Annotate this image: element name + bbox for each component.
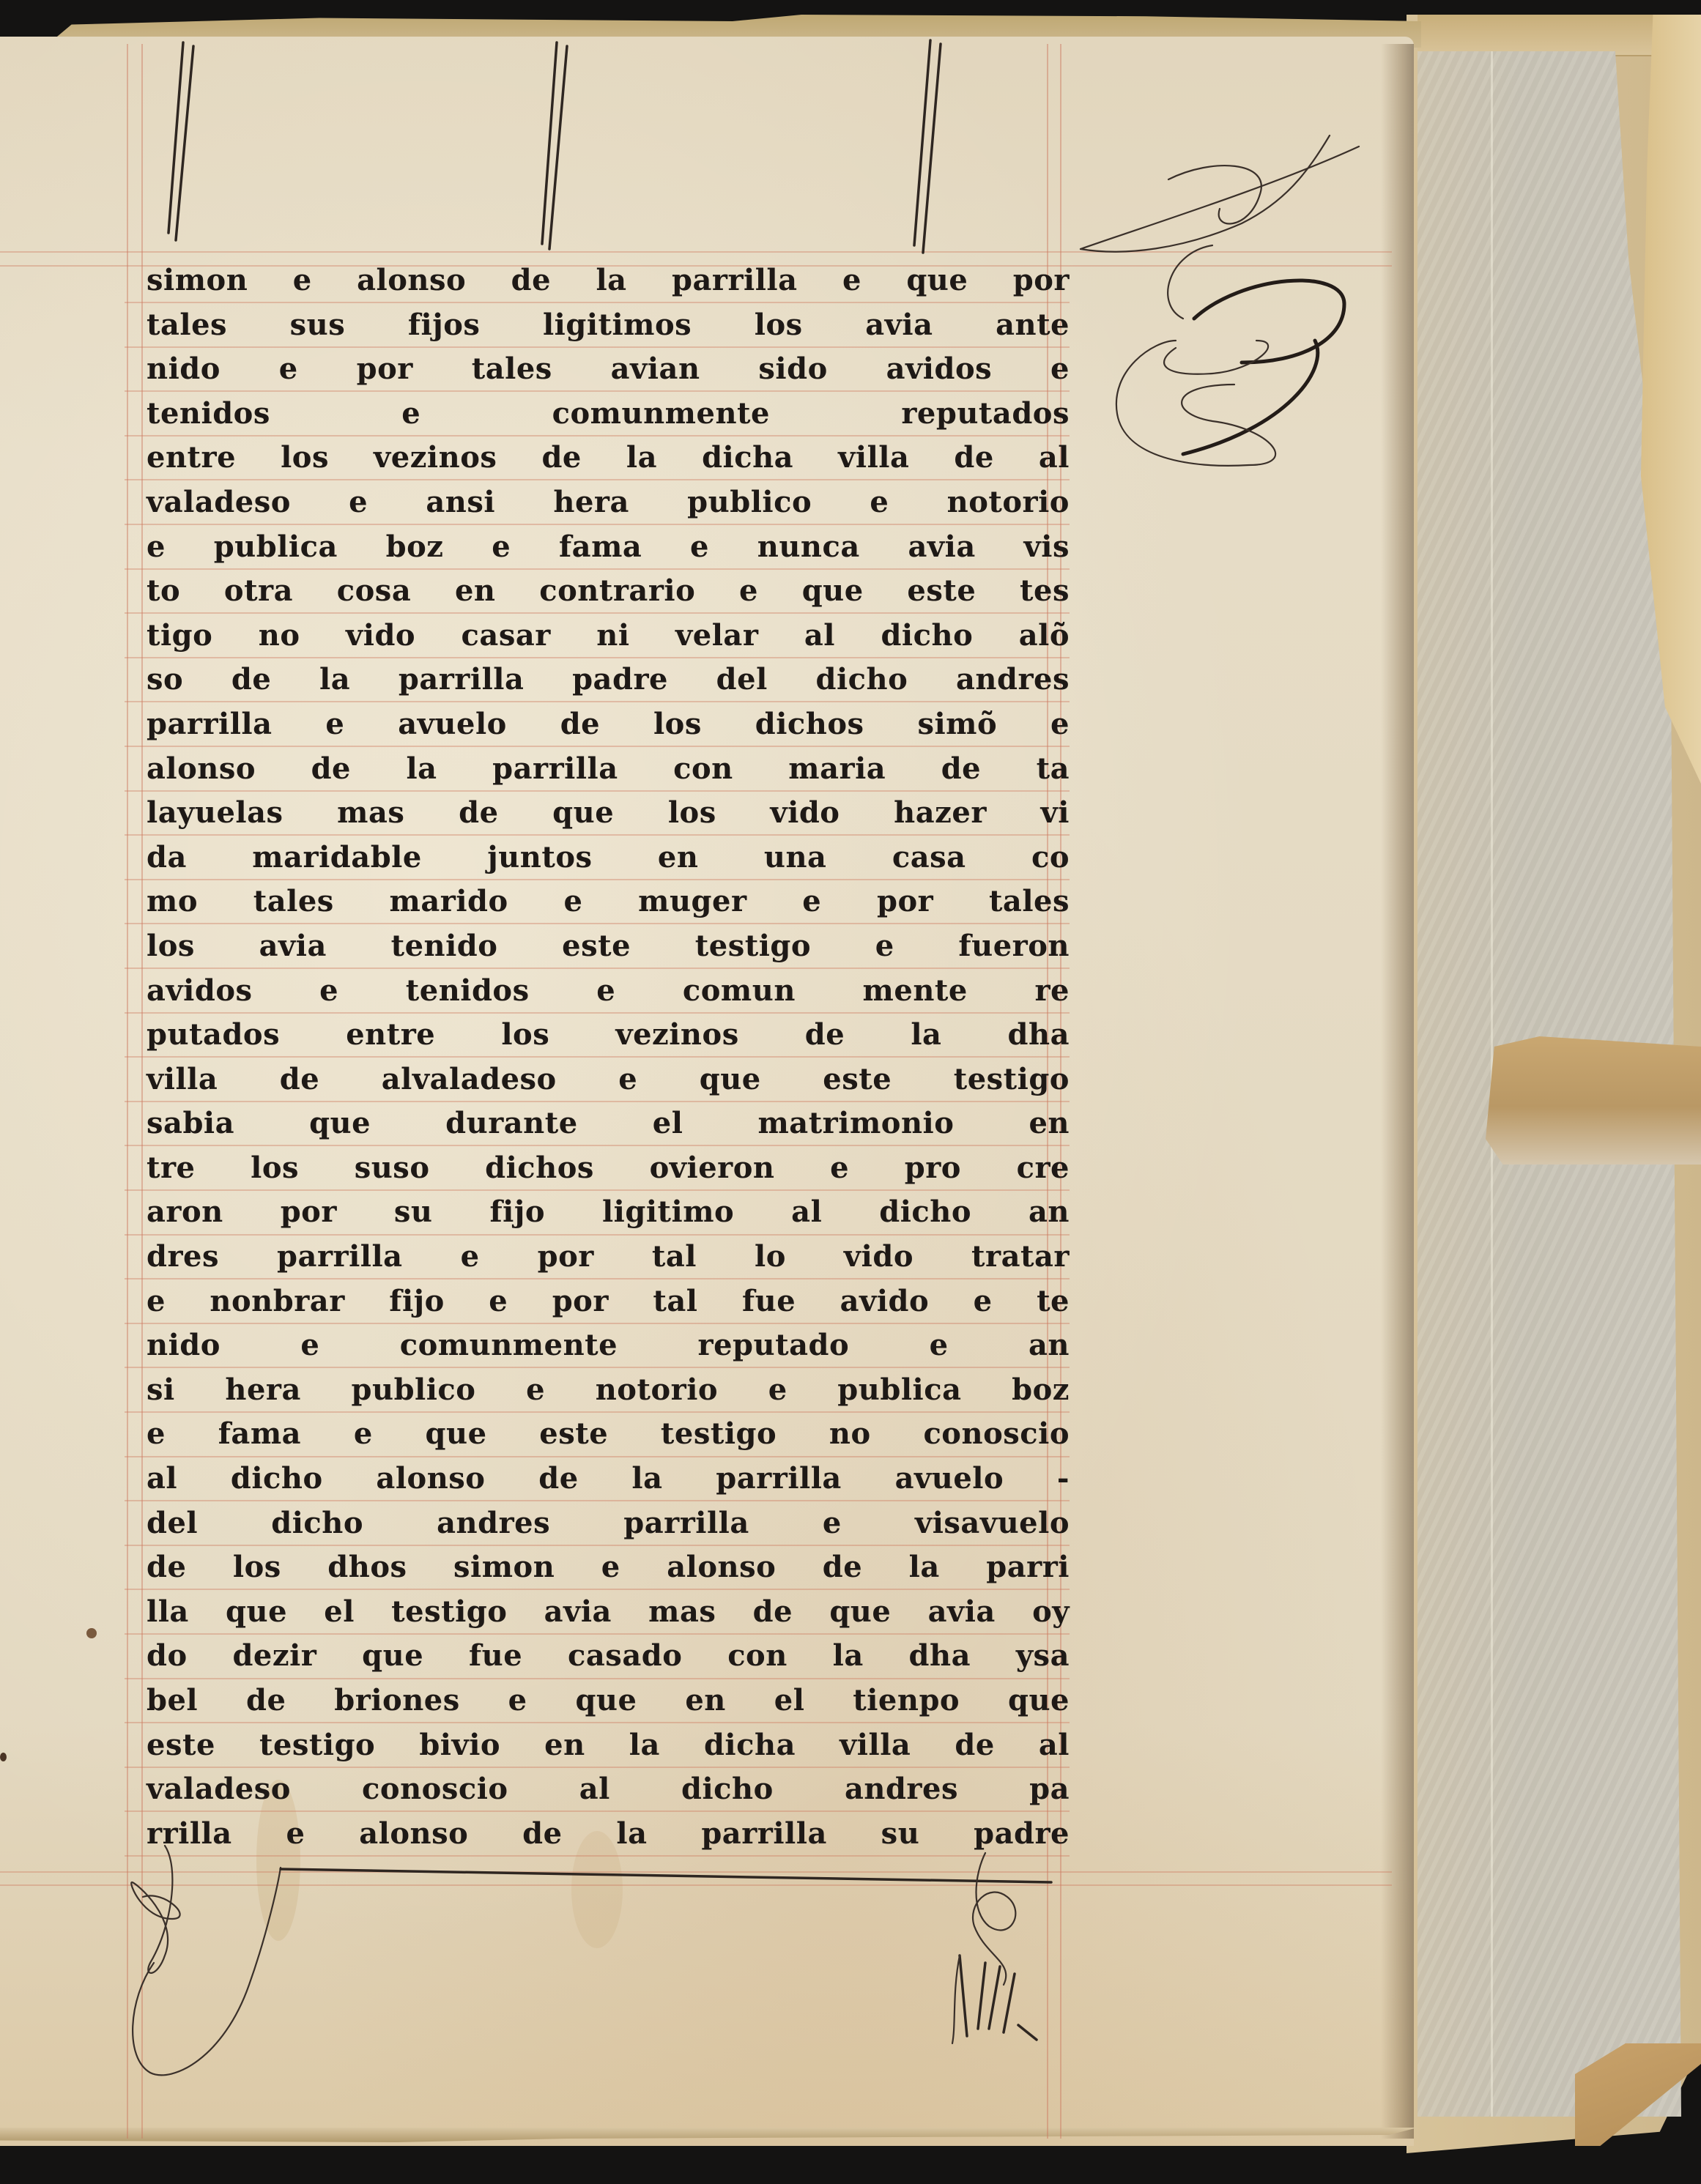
text-line: e publica boz e fama e nunca avia vis [147, 525, 1070, 570]
text-line: mo tales marido e muger e por tales [147, 880, 1070, 924]
text-line: da maridable juntos en una casa co [147, 836, 1070, 880]
text-line: e nonbrar fijo e por tal fue avido e te [147, 1279, 1070, 1324]
text-line: entre los vezinos de la dicha villa de a… [147, 436, 1070, 480]
top-mark-3 [913, 40, 932, 238]
text-line: aron por su fijo ligitimo al dicho an [147, 1190, 1070, 1235]
ink-spot [0, 1753, 7, 1761]
text-line: layuelas mas de que los vido hazer vi [147, 791, 1070, 836]
text-line: valadeso e ansi hera publico e notorio [147, 480, 1070, 525]
text-line: do dezir que fue casado con la dha ysa [147, 1634, 1070, 1679]
text-line: nido e comunmente reputado e an [147, 1323, 1070, 1368]
ink-spot [86, 1628, 97, 1638]
text-line: tigo no vido casar ni velar al dicho alõ [147, 614, 1070, 658]
cover-tab [1486, 1036, 1701, 1165]
text-line: putados entre los vezinos de la dha [147, 1013, 1070, 1058]
text-line: tenidos e comunmente reputados [147, 392, 1070, 437]
cover-top-flap [1417, 15, 1667, 56]
text-line: avidos e tenidos e comun mente re [147, 969, 1070, 1014]
text-line: tre los suso dichos ovieron e pro cre [147, 1146, 1070, 1191]
manuscript-text: simon e alonso de la parrilla e que port… [147, 259, 1070, 1856]
bottom-right-signature [945, 1846, 1062, 2058]
bottom-left-rubric [121, 1838, 363, 2087]
ruling-vertical-left-outer [127, 44, 128, 2139]
text-line: villa de alvaladeso e que este testigo [147, 1058, 1070, 1102]
text-line: del dicho andres parrilla e visavuelo [147, 1501, 1070, 1546]
text-line: si hera publico e notorio e publica boz [147, 1368, 1070, 1413]
text-line: valadeso conoscio al dicho andres pa [147, 1767, 1070, 1812]
page-gutter [1381, 44, 1414, 2139]
text-line: de los dhos simon e alonso de la parri [147, 1545, 1070, 1590]
text-line: sabia que durante el matrimonio en [147, 1102, 1070, 1146]
text-line: nido e por tales avian sido avidos e [147, 347, 1070, 392]
text-line: so de la parrilla padre del dicho andres [147, 658, 1070, 702]
text-line: alonso de la parrilla con maria de ta [147, 747, 1070, 792]
text-line: los avia tenido este testigo e fueron [147, 924, 1070, 969]
notarial-paraph [1066, 121, 1374, 480]
text-line: parrilla e avuelo de los dichos simõ e [147, 702, 1070, 747]
text-line: bel de briones e que en el tienpo que [147, 1679, 1070, 1723]
text-line: este testigo bivio en la dicha villa de … [147, 1723, 1070, 1768]
text-line: e fama e que este testigo no conoscio [147, 1412, 1070, 1457]
text-line: to otra cosa en contrario e que este tes [147, 569, 1070, 614]
text-line: tales sus fijos ligitimos los avia ante [147, 303, 1070, 348]
text-line: lla que el testigo avia mas de que avia … [147, 1590, 1070, 1635]
text-line: al dicho alonso de la parrilla avuelo - [147, 1457, 1070, 1501]
text-line: simon e alonso de la parrilla e que por [147, 259, 1070, 303]
top-mark-1 [167, 42, 186, 240]
text-line: dres parrilla e por tal lo vido tratar [147, 1235, 1070, 1279]
ruling-vertical-left-inner [141, 44, 143, 2139]
top-mark-2 [541, 42, 560, 240]
